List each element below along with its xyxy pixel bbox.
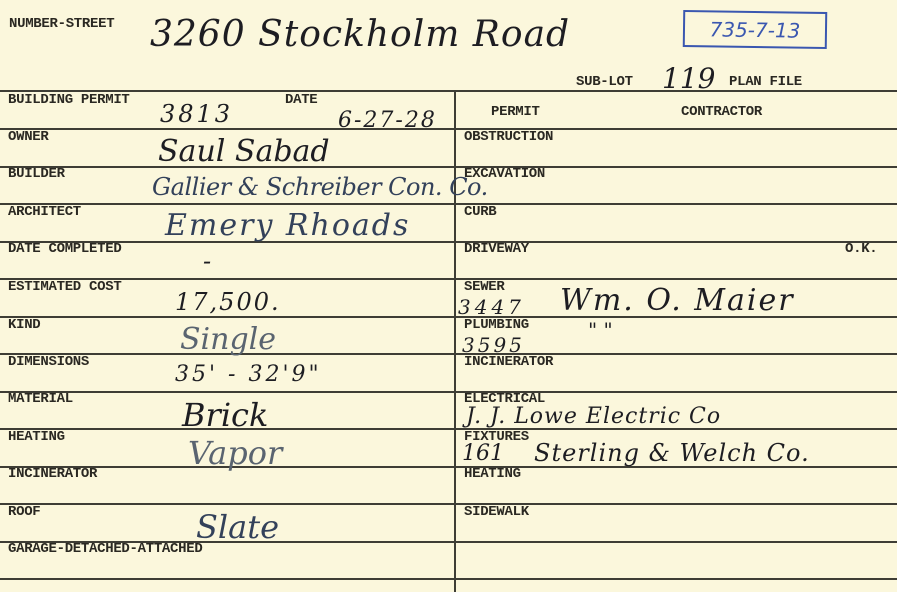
plumbing-contractor: " "	[588, 318, 613, 342]
rule	[0, 428, 897, 430]
sub-lot-value: 119	[662, 62, 715, 95]
roof-label: ROOF	[8, 504, 40, 520]
heating-permit-label: HEATING	[464, 466, 521, 482]
builder-value: Gallier & Schreiber Con. Co.	[152, 173, 488, 201]
obstruction-label: OBSTRUCTION	[464, 129, 553, 145]
roof-value: Slate	[196, 508, 279, 546]
owner-label: OWNER	[8, 129, 49, 145]
estimated-cost-value: 17,500.	[175, 288, 281, 316]
rule	[0, 203, 897, 205]
contractor-column-header: CONTRACTOR	[681, 104, 762, 120]
incinerator-permit-label: INCINERATOR	[464, 354, 553, 370]
architect-value: Emery Rhoads	[165, 208, 410, 243]
material-label: MATERIAL	[8, 391, 73, 407]
sewer-label: SEWER	[464, 279, 505, 295]
dimensions-label: DIMENSIONS	[8, 354, 89, 370]
rule	[0, 503, 897, 505]
sidewalk-label: SIDEWALK	[464, 504, 529, 520]
electrical-contractor: J. J. Lowe Electric Co	[466, 404, 721, 429]
rule	[0, 578, 897, 580]
estimated-cost-label: ESTIMATED COST	[8, 279, 121, 295]
date-completed-value: -	[203, 247, 211, 275]
driveway-value: O.K.	[845, 241, 877, 257]
plan-file-label: PLAN FILE	[729, 74, 802, 90]
building-permit-value: 3813	[160, 100, 233, 128]
permit-column-header: PERMIT	[491, 104, 540, 120]
permit-card: NUMBER-STREET 3260 Stockholm Road 735-7-…	[0, 0, 897, 592]
dimensions-value: 35' - 32'9"	[175, 362, 322, 387]
fixtures-permit: 161	[462, 441, 504, 466]
curb-label: CURB	[464, 204, 496, 220]
sewer-permit: 3447	[458, 295, 525, 319]
number-street-label: NUMBER-STREET	[9, 16, 114, 32]
rule	[0, 278, 897, 280]
builder-label: BUILDER	[8, 166, 65, 182]
rule	[0, 90, 897, 92]
heating-label: HEATING	[8, 429, 65, 445]
heating-value: Vapor	[188, 434, 282, 472]
date-completed-label: DATE COMPLETED	[8, 241, 121, 257]
fixtures-contractor: Sterling & Welch Co.	[534, 439, 810, 467]
kind-value: Single	[180, 322, 276, 357]
owner-value: Saul Sabad	[158, 134, 330, 169]
sewer-contractor: Wm. O. Maier	[560, 283, 795, 318]
architect-label: ARCHITECT	[8, 204, 81, 220]
driveway-label: DRIVEWAY	[464, 241, 529, 257]
material-value: Brick	[182, 396, 268, 434]
kind-label: KIND	[8, 317, 40, 333]
rule	[0, 166, 897, 168]
date-label: DATE	[285, 92, 317, 108]
rule	[0, 241, 897, 243]
number-street-value: 3260 Stockholm Road	[150, 14, 570, 55]
sub-lot-label: SUB-LOT	[576, 74, 633, 90]
rule	[0, 391, 897, 393]
date-value: 6-27-28	[338, 108, 437, 133]
garage-label: GARAGE-DETACHED-ATTACHED	[8, 541, 202, 557]
plumbing-label: PLUMBING	[464, 317, 529, 333]
building-permit-label: BUILDING PERMIT	[8, 92, 130, 108]
rule	[0, 128, 897, 130]
column-divider	[454, 91, 456, 592]
incinerator-label: INCINERATOR	[8, 466, 97, 482]
file-stamp: 735-7-13	[683, 10, 828, 49]
rule	[0, 353, 897, 355]
excavation-label: EXCAVATION	[464, 166, 545, 182]
